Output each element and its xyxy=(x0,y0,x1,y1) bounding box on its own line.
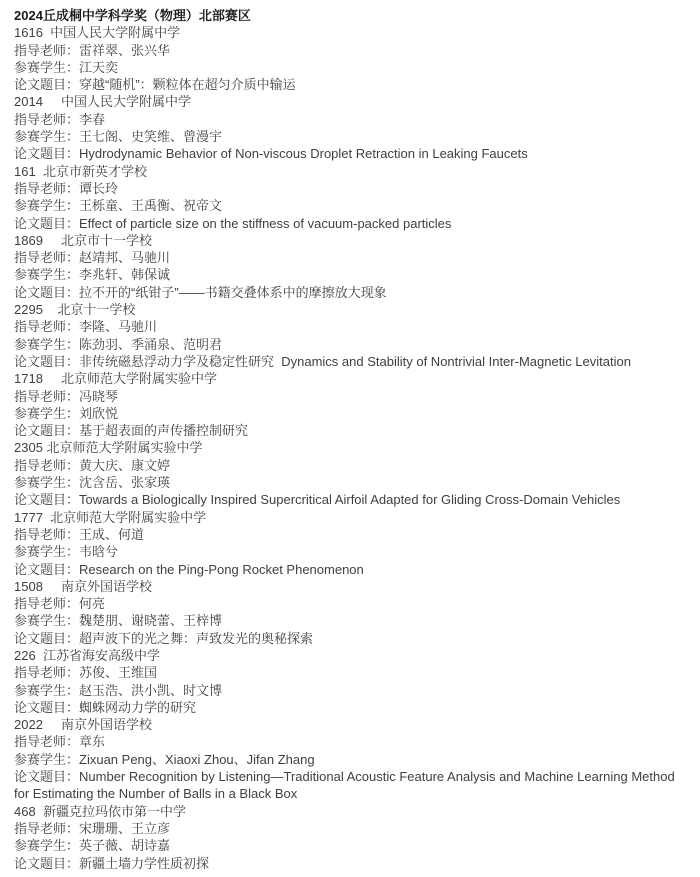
entry-header-line: 1718 北京师范大学附属实验中学 xyxy=(14,370,686,387)
entry-gap xyxy=(43,371,61,386)
entry-teachers-line: 指导老师：谭长玲 xyxy=(14,180,686,197)
teachers-value: 宋珊珊、王立彦 xyxy=(79,821,170,836)
entry-paper-line: 论文题目：Towards a Biologically Inspired Sup… xyxy=(14,491,686,508)
paper-value: Hydrodynamic Behavior of Non-viscous Dro… xyxy=(79,146,528,161)
entry-header-line: 226 江苏省海安高级中学 xyxy=(14,647,686,664)
students-value: 韦晗兮 xyxy=(79,544,118,559)
paper-label: 论文题目： xyxy=(14,423,79,438)
students-label: 参赛学生： xyxy=(14,838,79,853)
entry-paper-line: 论文题目：Effect of particle size on the stif… xyxy=(14,215,686,232)
entry-school: 北京十一学校 xyxy=(57,302,135,317)
entry-paper-line: 论文题目：非传统磁悬浮动力学及稳定性研究 Dynamics and Stabil… xyxy=(14,353,686,370)
teachers-value: 李春 xyxy=(79,112,105,127)
entry-students-line: 参赛学生：Zixuan Peng、Xiaoxi Zhou、Jifan Zhang xyxy=(14,751,686,768)
paper-label: 论文题目： xyxy=(14,285,79,300)
entry-teachers-line: 指导老师：赵靖邦、马驰川 xyxy=(14,249,686,266)
paper-label: 论文题目： xyxy=(14,856,79,871)
students-value: 王栎童、王禹衡、祝帝文 xyxy=(79,198,222,213)
teachers-label: 指导老师： xyxy=(14,821,79,836)
paper-value: Number Recognition by Listening—Traditio… xyxy=(14,769,678,801)
entry-gap xyxy=(36,804,43,819)
teachers-label: 指导老师： xyxy=(14,43,79,58)
entry-paper-line: 论文题目：新疆土墙力学性质初探 xyxy=(14,855,686,872)
paper-value: 基于超表面的声传播控制研究 xyxy=(79,423,248,438)
entry-students-line: 参赛学生：陈劲羽、季涌泉、范明君 xyxy=(14,336,686,353)
entry-school: 中国人民大学附属中学 xyxy=(50,25,180,40)
entry: 1508 南京外国语学校 指导老师：何亮 参赛学生：魏楚朋、谢晓蕾、王梓博 论文… xyxy=(14,578,686,647)
entry-paper-line: 论文题目：Number Recognition by Listening—Tra… xyxy=(14,768,686,803)
entry: 2022 南京外国语学校 指导老师：章东 参赛学生：Zixuan Peng、Xi… xyxy=(14,716,686,802)
students-value: 陈劲羽、季涌泉、范明君 xyxy=(79,337,222,352)
paper-value: 蜘蛛网动力学的研究 xyxy=(79,700,196,715)
entry: 1869 北京市十一学校 指导老师：赵靖邦、马驰川 参赛学生：李兆轩、韩保诚 论… xyxy=(14,232,686,301)
entry-paper-line: 论文题目：蜘蛛网动力学的研究 xyxy=(14,699,686,716)
entry-header-line: 2014 中国人民大学附属中学 xyxy=(14,93,686,110)
entry-school: 北京师范大学附属实验中学 xyxy=(61,371,217,386)
entry: 2014 中国人民大学附属中学 指导老师：李春 参赛学生：王七阁、史笑维、曾漫宇… xyxy=(14,93,686,162)
entry-header-line: 2305 北京师范大学附属实验中学 xyxy=(14,439,686,456)
document-page: 2024丘成桐中学科学奖（物理）北部赛区 1616 中国人民大学附属中学 指导老… xyxy=(0,0,700,872)
students-value: 王七阁、史笑维、曾漫宇 xyxy=(79,129,222,144)
entry-school: 江苏省海安高级中学 xyxy=(43,648,160,663)
teachers-label: 指导老师： xyxy=(14,319,79,334)
students-value: 沈含岳、张家瑛 xyxy=(79,475,170,490)
entry-students-line: 参赛学生：刘欣悦 xyxy=(14,405,686,422)
entry-number: 1777 xyxy=(14,510,43,525)
paper-label: 论文题目： xyxy=(14,216,79,231)
entry-gap xyxy=(43,717,61,732)
paper-label: 论文题目： xyxy=(14,700,79,715)
entry: 2295 北京十一学校 指导老师：李隆、马驰川 参赛学生：陈劲羽、季涌泉、范明君… xyxy=(14,301,686,370)
entry-number: 1616 xyxy=(14,25,43,40)
students-label: 参赛学生： xyxy=(14,475,79,490)
paper-label: 论文题目： xyxy=(14,354,79,369)
teachers-label: 指导老师： xyxy=(14,181,79,196)
entry-teachers-line: 指导老师：王成、何道 xyxy=(14,526,686,543)
entry-students-line: 参赛学生：王七阁、史笑维、曾漫宇 xyxy=(14,128,686,145)
entry-paper-line: 论文题目：穿越“随机”：颗粒体在超匀介质中输运 xyxy=(14,76,686,93)
entry: 1718 北京师范大学附属实验中学 指导老师：冯晓琴 参赛学生：刘欣悦 论文题目… xyxy=(14,370,686,439)
students-label: 参赛学生： xyxy=(14,129,79,144)
entry-number: 1869 xyxy=(14,233,43,248)
entry-school: 北京师范大学附属实验中学 xyxy=(50,510,206,525)
entry-teachers-line: 指导老师：何亮 xyxy=(14,595,686,612)
entry-number: 1718 xyxy=(14,371,43,386)
teachers-label: 指导老师： xyxy=(14,458,79,473)
students-value: 英子薇、胡诗嘉 xyxy=(79,838,170,853)
entry-number: 2305 xyxy=(14,440,43,455)
students-value: Zixuan Peng、Xiaoxi Zhou、Jifan Zhang xyxy=(79,752,315,767)
teachers-label: 指导老师： xyxy=(14,112,79,127)
entry-teachers-line: 指导老师：雷祥翠、张兴华 xyxy=(14,42,686,59)
students-value: 李兆轩、韩保诚 xyxy=(79,267,170,282)
entries-list: 1616 中国人民大学附属中学 指导老师：雷祥翠、张兴华 参赛学生：江天奕 论文… xyxy=(14,24,686,872)
teachers-value: 章东 xyxy=(79,734,105,749)
teachers-label: 指导老师： xyxy=(14,527,79,542)
students-label: 参赛学生： xyxy=(14,683,79,698)
entry-students-line: 参赛学生：赵玉浩、洪小凯、时文博 xyxy=(14,682,686,699)
entry: 2305 北京师范大学附属实验中学 指导老师：黄大庆、康文婷 参赛学生：沈含岳、… xyxy=(14,439,686,508)
entry-school: 南京外国语学校 xyxy=(61,717,152,732)
students-label: 参赛学生： xyxy=(14,337,79,352)
entry-school: 北京市十一学校 xyxy=(61,233,152,248)
entry: 161 北京市新英才学校 指导老师：谭长玲 参赛学生：王栎童、王禹衡、祝帝文 论… xyxy=(14,163,686,232)
entry-header-line: 1869 北京市十一学校 xyxy=(14,232,686,249)
entry-students-line: 参赛学生：英子薇、胡诗嘉 xyxy=(14,837,686,854)
page-title: 2024丘成桐中学科学奖（物理）北部赛区 xyxy=(14,7,686,24)
entry-students-line: 参赛学生：李兆轩、韩保诚 xyxy=(14,266,686,283)
students-value: 魏楚朋、谢晓蕾、王梓博 xyxy=(79,613,222,628)
entry-students-line: 参赛学生：魏楚朋、谢晓蕾、王梓博 xyxy=(14,612,686,629)
teachers-value: 冯晓琴 xyxy=(79,389,118,404)
students-label: 参赛学生： xyxy=(14,406,79,421)
paper-label: 论文题目： xyxy=(14,492,79,507)
entry-number: 2022 xyxy=(14,717,43,732)
paper-value: Towards a Biologically Inspired Supercri… xyxy=(79,492,620,507)
entry-header-line: 1777 北京师范大学附属实验中学 xyxy=(14,509,686,526)
teachers-value: 李隆、马驰川 xyxy=(79,319,157,334)
entry-teachers-line: 指导老师：李春 xyxy=(14,111,686,128)
entry-header-line: 1508 南京外国语学校 xyxy=(14,578,686,595)
entry-number: 2295 xyxy=(14,302,43,317)
entry-gap xyxy=(36,648,43,663)
paper-value: 穿越“随机”：颗粒体在超匀介质中输运 xyxy=(79,77,296,92)
teachers-label: 指导老师： xyxy=(14,250,79,265)
entry-number: 1508 xyxy=(14,579,43,594)
entry-header-line: 468 新疆克拉玛依市第一中学 xyxy=(14,803,686,820)
entry-number: 226 xyxy=(14,648,36,663)
paper-label: 论文题目： xyxy=(14,146,79,161)
students-value: 刘欣悦 xyxy=(79,406,118,421)
entry-teachers-line: 指导老师：黄大庆、康文婷 xyxy=(14,457,686,474)
entry-students-line: 参赛学生：王栎童、王禹衡、祝帝文 xyxy=(14,197,686,214)
entry-gap xyxy=(43,302,57,317)
teachers-value: 雷祥翠、张兴华 xyxy=(79,43,170,58)
students-value: 江天奕 xyxy=(79,60,118,75)
entry-teachers-line: 指导老师：章东 xyxy=(14,733,686,750)
entry-paper-line: 论文题目：Research on the Ping-Pong Rocket Ph… xyxy=(14,561,686,578)
paper-value: Research on the Ping-Pong Rocket Phenome… xyxy=(79,562,364,577)
paper-value: Effect of particle size on the stiffness… xyxy=(79,216,451,231)
teachers-label: 指导老师： xyxy=(14,389,79,404)
entry: 1616 中国人民大学附属中学 指导老师：雷祥翠、张兴华 参赛学生：江天奕 论文… xyxy=(14,24,686,93)
entry: 226 江苏省海安高级中学 指导老师：苏俊、王维国 参赛学生：赵玉浩、洪小凯、时… xyxy=(14,647,686,716)
entry: 468 新疆克拉玛依市第一中学 指导老师：宋珊珊、王立彦 参赛学生：英子薇、胡诗… xyxy=(14,803,686,872)
paper-label: 论文题目： xyxy=(14,631,79,646)
teachers-value: 何亮 xyxy=(79,596,105,611)
entry-school: 新疆克拉玛依市第一中学 xyxy=(43,804,186,819)
students-label: 参赛学生： xyxy=(14,267,79,282)
students-label: 参赛学生： xyxy=(14,198,79,213)
entry-school: 南京外国语学校 xyxy=(61,579,152,594)
entry-teachers-line: 指导老师：苏俊、王维国 xyxy=(14,664,686,681)
entry-header-line: 2295 北京十一学校 xyxy=(14,301,686,318)
paper-value: 超声波下的光之舞：声致发光的奥秘探索 xyxy=(79,631,313,646)
students-label: 参赛学生： xyxy=(14,752,79,767)
entry-paper-line: 论文题目：Hydrodynamic Behavior of Non-viscou… xyxy=(14,145,686,162)
entry-students-line: 参赛学生：沈含岳、张家瑛 xyxy=(14,474,686,491)
entry-gap xyxy=(36,164,43,179)
paper-value: 拉不开的“纸钳子”——书籍交叠体系中的摩擦放大现象 xyxy=(79,285,387,300)
entry-school: 中国人民大学附属中学 xyxy=(61,94,191,109)
students-label: 参赛学生： xyxy=(14,544,79,559)
paper-label: 论文题目： xyxy=(14,562,79,577)
teachers-label: 指导老师： xyxy=(14,734,79,749)
entry-number: 2014 xyxy=(14,94,43,109)
teachers-value: 苏俊、王维国 xyxy=(79,665,157,680)
paper-value: 新疆土墙力学性质初探 xyxy=(79,856,209,871)
entry-paper-line: 论文题目：基于超表面的声传播控制研究 xyxy=(14,422,686,439)
paper-value: 非传统磁悬浮动力学及稳定性研究 Dynamics and Stability o… xyxy=(79,354,631,369)
entry-header-line: 161 北京市新英才学校 xyxy=(14,163,686,180)
entry-students-line: 参赛学生：韦晗兮 xyxy=(14,543,686,560)
entry-students-line: 参赛学生：江天奕 xyxy=(14,59,686,76)
teachers-value: 赵靖邦、马驰川 xyxy=(79,250,170,265)
entry-gap xyxy=(43,233,61,248)
entry: 1777 北京师范大学附属实验中学 指导老师：王成、何道 参赛学生：韦晗兮 论文… xyxy=(14,509,686,578)
entry-number: 161 xyxy=(14,164,36,179)
entry-teachers-line: 指导老师：冯晓琴 xyxy=(14,388,686,405)
teachers-value: 黄大庆、康文婷 xyxy=(79,458,170,473)
teachers-value: 谭长玲 xyxy=(79,181,118,196)
teachers-label: 指导老师： xyxy=(14,596,79,611)
students-label: 参赛学生： xyxy=(14,613,79,628)
entry-teachers-line: 指导老师：宋珊珊、王立彦 xyxy=(14,820,686,837)
entry-school: 北京市新英才学校 xyxy=(43,164,147,179)
entry-number: 468 xyxy=(14,804,36,819)
entry-gap xyxy=(43,94,61,109)
entry-teachers-line: 指导老师：李隆、马驰川 xyxy=(14,318,686,335)
entry-header-line: 1616 中国人民大学附属中学 xyxy=(14,24,686,41)
entry-gap xyxy=(43,579,61,594)
paper-label: 论文题目： xyxy=(14,77,79,92)
entry-paper-line: 论文题目：拉不开的“纸钳子”——书籍交叠体系中的摩擦放大现象 xyxy=(14,284,686,301)
teachers-label: 指导老师： xyxy=(14,665,79,680)
paper-label: 论文题目： xyxy=(14,769,79,784)
students-value: 赵玉浩、洪小凯、时文博 xyxy=(79,683,222,698)
teachers-value: 王成、何道 xyxy=(79,527,144,542)
entry-paper-line: 论文题目：超声波下的光之舞：声致发光的奥秘探索 xyxy=(14,630,686,647)
entry-header-line: 2022 南京外国语学校 xyxy=(14,716,686,733)
entry-school: 北京师范大学附属实验中学 xyxy=(47,440,203,455)
students-label: 参赛学生： xyxy=(14,60,79,75)
